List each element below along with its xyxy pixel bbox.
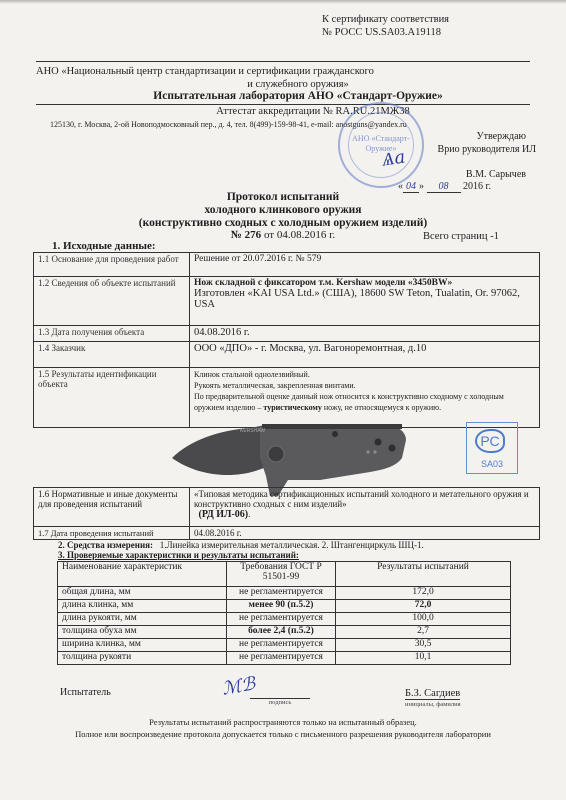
cell-result: 2,7 <box>336 626 511 639</box>
table-row: 1.3 Дата получения объекта 04.08.2016 г. <box>34 326 540 342</box>
cell-req: менее 90 (п.5.2) <box>227 600 336 613</box>
table-header-row: Наименование характеристик Требования ГО… <box>58 562 511 587</box>
normative-table: 1.6 Нормативные и иные документы для про… <box>33 487 540 540</box>
cell-req: не регламентируется <box>227 613 336 626</box>
protocol-date: от 04.08.2016 г. <box>261 229 335 241</box>
footer-note-1: Результаты испытаний распространяются то… <box>0 717 566 727</box>
results-table: Наименование характеристик Требования ГО… <box>57 561 511 665</box>
method-name: «Типовая методика сертификационных испыт… <box>194 489 529 509</box>
measuring-tools: 1.Линейка измерительная металлическая. 2… <box>160 540 424 550</box>
handle-desc: Рукоять металлическая, закрепленная винт… <box>194 380 535 391</box>
protocol-subtitle: холодного клинкового оружия <box>0 204 566 217</box>
signature-caption: подпись <box>250 698 310 706</box>
row-label: 1.3 Дата получения объекта <box>34 326 190 342</box>
source-data-table: 1.1 Основание для проведения работ Решен… <box>33 252 540 428</box>
table-row: 1.2 Сведения об объекте испытаний Нож ск… <box>34 277 540 326</box>
tester-role: Испытатель <box>60 687 111 698</box>
row-label: 1.1 Основание для проведения работ <box>34 253 190 277</box>
scan-edge <box>0 0 566 4</box>
row-value: ООО «ДПО» - г. Москва, ул. Вагоноремонтн… <box>190 342 540 368</box>
section2: 2. Средства измерения: 1.Линейка измерит… <box>58 540 424 550</box>
cert-ref-line1: К сертификату соответствия <box>322 13 449 26</box>
cert-body-code: SA03 <box>467 459 517 469</box>
approval-position: Врио руководителя ИЛ <box>438 144 536 155</box>
page-count: Всего страниц -1 <box>423 231 499 242</box>
lab-stamp: АНО «Стандарт-Оружие» <box>338 102 424 188</box>
cell-name: ширина клинка, мм <box>58 639 227 652</box>
cert-ref-number: № РОСС US.SA03.A19118 <box>322 26 449 39</box>
approval-label: Утверждаю <box>477 131 526 142</box>
lab-name: Испытательная лаборатория АНО «Стандарт-… <box>0 90 566 102</box>
footer-note-2: Полное или воспроизведение протокола доп… <box>0 729 566 739</box>
cell-req: не регламентируется <box>227 587 336 600</box>
object-name: Нож складной с фиксатором т.м. Kershaw м… <box>194 278 535 288</box>
accreditation: Аттестат аккредитации № RA.RU.21МЖ38 <box>0 106 566 117</box>
cell-result: 10,1 <box>336 652 511 665</box>
row-value: Решение от 20.07.2016 г. № 579 <box>190 253 540 277</box>
section3-heading: 3. Проверяемые характеристики и результа… <box>58 550 299 560</box>
row-label: 1.2 Сведения об объекте испытаний <box>34 277 190 326</box>
manufacturer: Изготовлен «KAI USA Ltd.» (США), 18600 S… <box>194 288 535 310</box>
table-row: 1.6 Нормативные и иные документы для про… <box>34 488 540 527</box>
classification: По предварительной оценке данный нож отн… <box>194 391 535 413</box>
row-value: 04.08.2016 г. <box>190 527 540 540</box>
classification-type: туристическому <box>263 403 321 412</box>
cell-req: более 2,4 (п.5.2) <box>227 626 336 639</box>
cell-req: не регламентируется <box>227 639 336 652</box>
row-value: Нож складной с фиксатором т.м. Kershaw м… <box>190 277 540 326</box>
section2-heading: 2. Средства измерения: <box>58 540 153 550</box>
cell-name: толщина рукояти <box>58 652 227 665</box>
method-end: . <box>248 509 250 519</box>
header-rule-top <box>36 61 530 62</box>
cell-name: длина рукояти, мм <box>58 613 227 626</box>
table-row: длина клинка, ммменее 90 (п.5.2)72,0 <box>58 600 511 613</box>
table-row: 1.4 Заказчик ООО «ДПО» - г. Москва, ул. … <box>34 342 540 368</box>
classification-tail: ножу, не относящемуся к оружию. <box>322 403 441 412</box>
protocol-title: Протокол испытаний <box>0 191 566 204</box>
table-row: 1.7 Дата проведения испытаний 04.08.2016… <box>34 527 540 540</box>
column-header: Наименование характеристик <box>58 562 227 587</box>
table-row: толщина обуха ммболее 2,4 (п.5.2)2,7 <box>58 626 511 639</box>
certificate-reference: К сертификату соответствия № РОСС US.SA0… <box>322 13 449 39</box>
org-name-line2: и служебного оружия» <box>0 79 566 90</box>
header-rule-bottom <box>36 104 530 105</box>
org-name-line1: АНО «Национальный центр стандартизации и… <box>36 66 374 77</box>
tester-signature: ℳℬ <box>220 673 257 699</box>
rst-logo-icon: РС <box>475 429 505 453</box>
knife-photo: KERSHAW <box>170 418 410 498</box>
cell-name: длина клинка, мм <box>58 600 227 613</box>
table-row: общая длина, ммне регламентируется172,0 <box>58 587 511 600</box>
cell-result: 72,0 <box>336 600 511 613</box>
approver-name: В.М. Сарычев <box>466 169 526 180</box>
cell-result: 30,5 <box>336 639 511 652</box>
name-caption: инициалы, фамилия <box>405 701 461 708</box>
rst-certification-mark: РС SA03 <box>466 422 518 474</box>
table-row: толщина рукоятине регламентируется10,1 <box>58 652 511 665</box>
section1-heading: 1. Исходные данные: <box>52 240 156 252</box>
cell-name: толщина обуха мм <box>58 626 227 639</box>
method-code: (РД ИЛ-06) <box>199 509 249 520</box>
row-label: 1.4 Заказчик <box>34 342 190 368</box>
cell-req: не регламентируется <box>227 652 336 665</box>
table-row: 1.1 Основание для проведения работ Решен… <box>34 253 540 277</box>
svg-text:KERSHAW: KERSHAW <box>240 428 265 434</box>
row-label: 1.6 Нормативные и иные документы для про… <box>34 488 190 527</box>
column-header: Результаты испытаний <box>336 562 511 587</box>
column-header: Требования ГОСТ Р 51501-99 <box>227 562 336 587</box>
cell-name: общая длина, мм <box>58 587 227 600</box>
row-value: 04.08.2016 г. <box>190 326 540 342</box>
table-row: ширина клинка, ммне регламентируется30,5 <box>58 639 511 652</box>
tester-name: Б.З. Сагдиев <box>405 688 460 700</box>
protocol-number-value: № 276 <box>231 229 261 241</box>
row-label: 1.7 Дата проведения испытаний <box>34 527 190 540</box>
table-row: длина рукояти, ммне регламентируется100,… <box>58 613 511 626</box>
approver-signature: Ѧа <box>381 146 407 170</box>
blade-desc: Клинок стальной однолезвийный. <box>194 369 535 380</box>
cell-result: 100,0 <box>336 613 511 626</box>
row-value: «Типовая методика сертификационных испыт… <box>190 488 540 527</box>
row-label: 1.5 Результаты идентификации объекта <box>34 368 190 428</box>
cell-result: 172,0 <box>336 587 511 600</box>
